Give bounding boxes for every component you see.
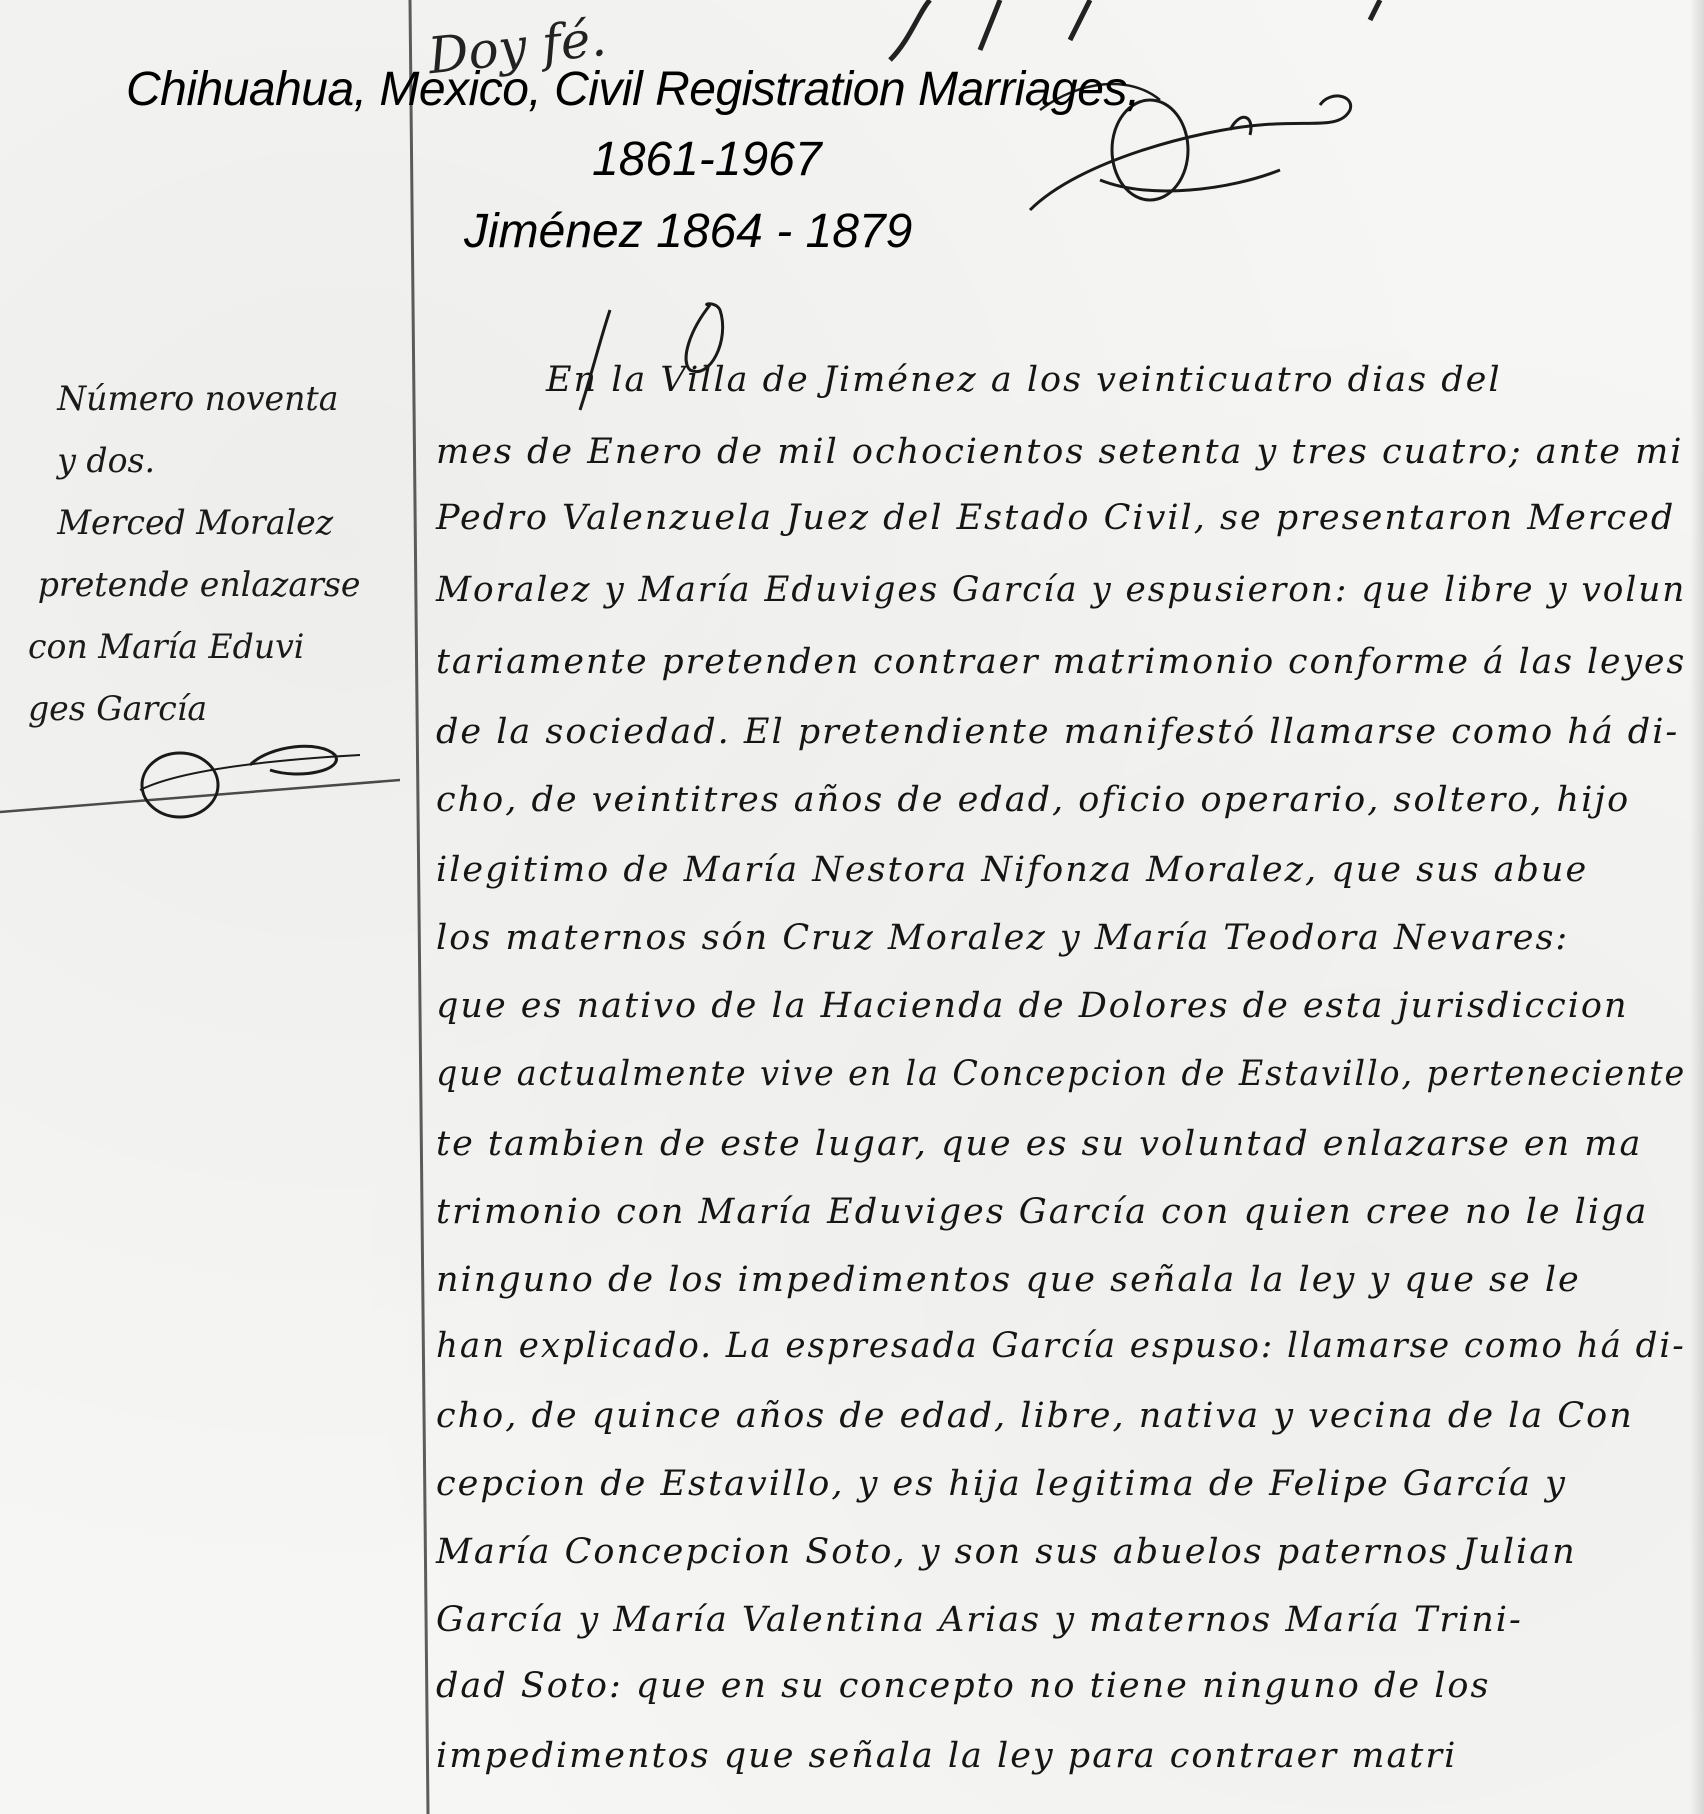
record-line: han explicado. La espresada García espus…: [436, 1326, 1686, 1366]
margin-flourish: [120, 730, 380, 830]
top-strokes: [850, 0, 1450, 70]
margin-note-line: pretende enlazarse: [28, 554, 388, 616]
record-line: cepcion de Estavillo, y es hija legitima…: [436, 1464, 1567, 1504]
margin-note-line: con María Eduvi: [28, 616, 388, 678]
record-line: ilegitimo de María Nestora Nifonza Moral…: [436, 850, 1588, 890]
margin-note-line: Merced Moralez: [28, 492, 388, 554]
margin-note-line: Número noventa: [28, 368, 388, 430]
record-line: Pedro Valenzuela Juez del Estado Civil, …: [436, 498, 1675, 538]
margin-note-line: y dos.: [28, 430, 388, 492]
record-line: impedimentos que señala la ley para cont…: [436, 1736, 1457, 1776]
record-line: cho, de veintitres años de edad, oficio …: [436, 780, 1630, 820]
record-line: cho, de quince años de edad, libre, nati…: [436, 1396, 1634, 1436]
record-line: te tambien de este lugar, que es su volu…: [436, 1124, 1642, 1164]
record-line: En la Villa de Jiménez a los veinticuatr…: [546, 360, 1502, 400]
collection-title: Chihuahua, Mexico, Civil Registration Ma…: [126, 62, 1140, 117]
margin-note: Número noventa y dos. Merced Moralez pre…: [28, 368, 398, 740]
collection-date-range: 1861-1967: [592, 132, 822, 187]
record-line: de la sociedad. El pretendiente manifest…: [436, 712, 1679, 752]
record-line: García y María Valentina Arias y materno…: [436, 1600, 1523, 1640]
document-page: Doy fé. Chihuahua, Mexico, Civil Registr…: [0, 0, 1704, 1814]
record-line: que actualmente vive en la Concepcion de…: [436, 1054, 1686, 1094]
margin-note-line: ges García: [28, 678, 388, 740]
record-line: mes de Enero de mil ochocientos setenta …: [436, 432, 1684, 472]
record-line: trimonio con María Eduviges García con q…: [436, 1192, 1648, 1232]
collection-locality: Jiménez 1864 - 1879: [464, 204, 912, 259]
page-edge-shadow: [1690, 0, 1704, 1814]
record-line: ninguno de los impedimentos que señala l…: [436, 1260, 1581, 1300]
record-line: que es nativo de la Hacienda de Dolores …: [436, 986, 1629, 1026]
record-line: María Concepcion Soto, y son sus abuelos…: [436, 1532, 1577, 1572]
record-line: Moralez y María Eduviges García y espusi…: [436, 570, 1686, 610]
record-line: dad Soto: que en su concepto no tiene ni…: [436, 1666, 1490, 1706]
record-line: los maternos són Cruz Moralez y María Te…: [436, 918, 1569, 958]
record-line: tariamente pretenden contraer matrimonio…: [436, 642, 1686, 682]
